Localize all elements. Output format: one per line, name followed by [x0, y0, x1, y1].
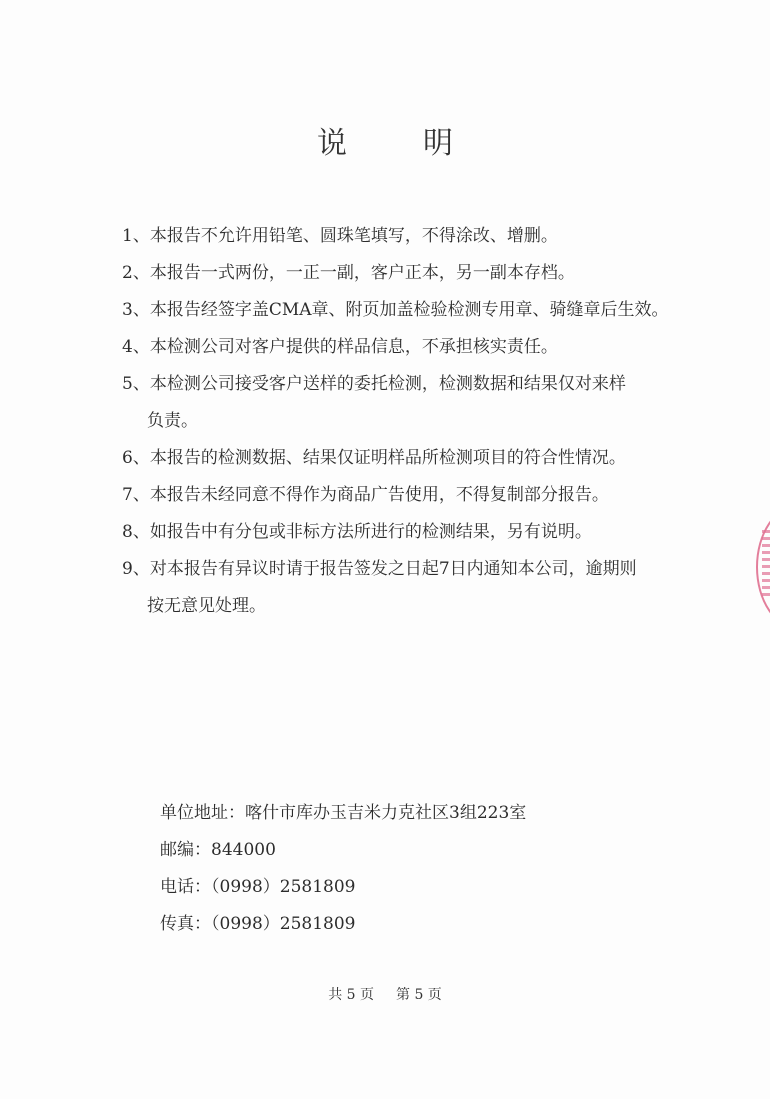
note-item: 5、本检测公司接受客户送样的委托检测，检测数据和结果仅对来样 负责。 [122, 366, 722, 440]
note-number: 7、 [122, 485, 150, 505]
page-footer: 共 5 页第 5 页 [0, 984, 770, 1004]
title-char-1: 说 [317, 126, 347, 161]
note-item: 7、本报告未经同意不得作为商品广告使用，不得复制部分报告。 [122, 477, 722, 514]
note-text: 本报告的检测数据、结果仅证明样品所检测项目的符合性情况。 [150, 448, 626, 468]
note-number: 3、 [122, 300, 150, 320]
fax-label: 传真： [160, 914, 211, 934]
phone-line: 电话：（0998）2581809 [160, 869, 600, 906]
note-text: 本检测公司接受客户送样的委托检测，检测数据和结果仅对来样 [150, 374, 626, 394]
note-number: 1、 [122, 226, 150, 246]
note-text: 本报告不允许用铅笔、圆珠笔填写，不得涂改、增删。 [150, 226, 558, 246]
note-text: 本报告未经同意不得作为商品广告使用，不得复制部分报告。 [150, 485, 609, 505]
postcode-label: 邮编： [160, 840, 211, 860]
note-text: 本检测公司对客户提供的样品信息，不承担核实责任。 [150, 337, 558, 357]
phone-value: （0998）2581809 [211, 877, 355, 897]
page-title: 说明 [0, 118, 770, 162]
note-continuation: 按无意见处理。 [122, 588, 722, 625]
note-item: 6、本报告的检测数据、结果仅证明样品所检测项目的符合性情况。 [122, 440, 722, 477]
note-item: 9、对本报告有异议时请于报告签发之日起7日内通知本公司，逾期则 按无意见处理。 [122, 551, 722, 625]
note-continuation: 负责。 [122, 403, 722, 440]
postcode-line: 邮编：844000 [160, 832, 600, 869]
note-number: 6、 [122, 448, 150, 468]
address-line: 单位地址：喀什市库办玉吉米力克社区3组223室 [160, 795, 600, 832]
note-item: 4、本检测公司对客户提供的样品信息，不承担核实责任。 [122, 329, 722, 366]
contact-info: 单位地址：喀什市库办玉吉米力克社区3组223室 邮编：844000 电话：（09… [160, 795, 600, 943]
note-number: 2、 [122, 263, 150, 283]
note-text: 如报告中有分包或非标方法所进行的检测结果，另有说明。 [150, 522, 592, 542]
note-text: 本报告经签字盖CMA章、附页加盖检验检测专用章、骑缝章后生效。 [150, 300, 669, 320]
postcode-value: 844000 [211, 840, 276, 860]
total-pages: 共 5 页 [328, 987, 374, 1003]
address-label: 单位地址： [160, 803, 245, 823]
note-number: 8、 [122, 522, 150, 542]
note-item: 8、如报告中有分包或非标方法所进行的检测结果，另有说明。 [122, 514, 722, 551]
phone-label: 电话： [160, 877, 211, 897]
note-number: 4、 [122, 337, 150, 357]
note-item: 3、本报告经签字盖CMA章、附页加盖检验检测专用章、骑缝章后生效。 [122, 292, 722, 329]
current-page: 第 5 页 [396, 987, 442, 1003]
title-char-2: 明 [423, 126, 453, 161]
fax-line: 传真：（0998）2581809 [160, 906, 600, 943]
seal-text-fragment-icon [762, 530, 770, 600]
address-value: 喀什市库办玉吉米力克社区3组223室 [245, 803, 526, 823]
note-text: 本报告一式两份，一正一副，客户正本，另一副本存档。 [150, 263, 575, 283]
note-number: 9、 [122, 559, 150, 579]
fax-value: （0998）2581809 [211, 914, 355, 934]
note-text: 对本报告有异议时请于报告签发之日起7日内通知本公司，逾期则 [150, 559, 637, 579]
note-item: 1、本报告不允许用铅笔、圆珠笔填写，不得涂改、增删。 [122, 218, 722, 255]
note-item: 2、本报告一式两份，一正一副，客户正本，另一副本存档。 [122, 255, 722, 292]
note-number: 5、 [122, 374, 150, 394]
notes-list: 1、本报告不允许用铅笔、圆珠笔填写，不得涂改、增删。 2、本报告一式两份，一正一… [122, 218, 722, 625]
